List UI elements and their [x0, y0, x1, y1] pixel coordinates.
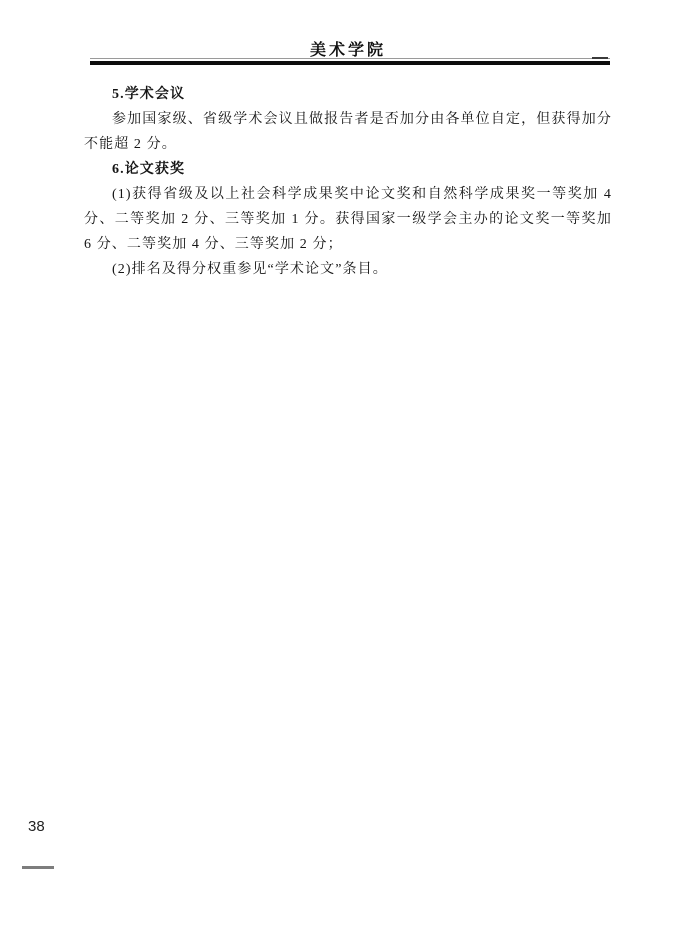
paragraph-conference-rule: 参加国家级、省级学术会议且做报告者是否加分由各单位自定，但获得加分不能超 2 分… — [84, 107, 612, 157]
document-body: 5.学术会议 参加国家级、省级学术会议且做报告者是否加分由各单位自定，但获得加分… — [84, 82, 612, 282]
section-heading-paper-awards: 6.论文获奖 — [84, 157, 612, 182]
footer-rule — [22, 866, 54, 869]
header-rule-thick-line — [90, 61, 610, 65]
page-header-title: 美术学院 — [84, 37, 612, 60]
section-heading-academic-conference: 5.学术会议 — [84, 82, 612, 107]
header-rule-thin-line — [90, 58, 610, 59]
page-number: 38 — [28, 818, 45, 835]
header-double-rule — [90, 58, 610, 66]
paragraph-award-points: (1)获得省级及以上社会科学成果奖中论文奖和自然科学成果奖一等奖加 4 分、二等… — [84, 182, 612, 257]
document-page: 美术学院 5.学术会议 参加国家级、省级学术会议且做报告者是否加分由各单位自定，… — [0, 0, 700, 949]
paragraph-ranking-weight: (2)排名及得分权重参见“学术论文”条目。 — [84, 257, 612, 282]
header-rule-end-mark — [592, 57, 608, 59]
